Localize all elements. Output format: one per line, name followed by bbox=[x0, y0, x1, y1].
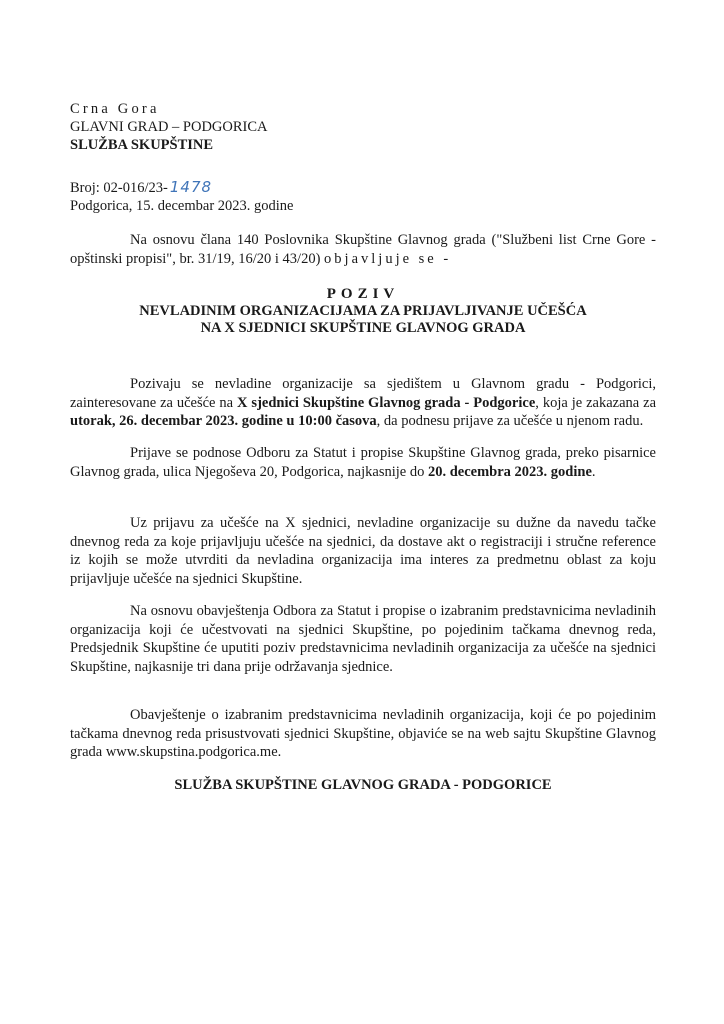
intro-paragraph: Na osnovu člana 140 Poslovnika Skupštine… bbox=[70, 231, 656, 268]
place-date: Podgorica, 15. decembar 2023. godine bbox=[70, 197, 293, 215]
session-datetime: utorak, 26. decembar 2023. godine u 10:0… bbox=[70, 413, 377, 429]
document-title: POZIV NEVLADINIM ORGANIZACIJAMA ZA PRIJA… bbox=[70, 286, 656, 337]
letterhead-office: SLUŽBA SKUPŠTINE bbox=[70, 136, 268, 154]
title-main: POZIV bbox=[70, 286, 656, 303]
p3-text: Uz prijavu za učešće na X sjednici, nevl… bbox=[70, 514, 656, 588]
p5-text: Obavještenje o izabranim predstavnicima … bbox=[70, 706, 656, 762]
p1-text-c: , koja je zakazana za bbox=[535, 395, 656, 411]
reference-block: Broj: 02-016/23-1478 Podgorica, 15. dece… bbox=[70, 178, 293, 215]
signature: SLUŽBA SKUPŠTINE GLAVNOG GRADA - PODGORI… bbox=[70, 777, 656, 794]
p4-text: Na osnovu obavještenja Odbora za Statut … bbox=[70, 602, 656, 676]
paragraph-selection: Na osnovu obavještenja Odbora za Statut … bbox=[70, 602, 656, 676]
paragraph-invitation: Pozivaju se nevladine organizacije sa sj… bbox=[70, 375, 656, 431]
document-page: Crna Gora GLAVNI GRAD – PODGORICA SLUŽBA… bbox=[0, 0, 724, 1024]
reference-number: Broj: 02-016/23-1478 bbox=[70, 178, 293, 197]
p2-text-c: . bbox=[592, 464, 596, 480]
letterhead-country: Crna Gora bbox=[70, 100, 268, 118]
session-name: X sjednici Skupštine Glavnog grada - Pod… bbox=[237, 395, 535, 411]
intro-announce: objavljuje se - bbox=[324, 251, 451, 267]
handwritten-number: 1478 bbox=[170, 178, 212, 196]
deadline-date: 20. decembra 2023. godine bbox=[428, 464, 592, 480]
paragraph-requirements: Uz prijavu za učešće na X sjednici, nevl… bbox=[70, 514, 656, 588]
letterhead-city: GLAVNI GRAD – PODGORICA bbox=[70, 118, 268, 136]
p1-text-e: , da podnesu prijave za učešće u njenom … bbox=[377, 413, 644, 429]
paragraph-submission: Prijave se podnose Odboru za Statut i pr… bbox=[70, 444, 656, 481]
paragraph-publication: Obavještenje o izabranim predstavnicima … bbox=[70, 706, 656, 762]
title-line-2: NA X SJEDNICI SKUPŠTINE GLAVNOG GRADA bbox=[70, 320, 656, 337]
reference-number-prefix: Broj: 02-016/23- bbox=[70, 180, 168, 196]
letterhead: Crna Gora GLAVNI GRAD – PODGORICA SLUŽBA… bbox=[70, 100, 268, 154]
title-line-1: NEVLADINIM ORGANIZACIJAMA ZA PRIJAVLJIVA… bbox=[70, 303, 656, 320]
